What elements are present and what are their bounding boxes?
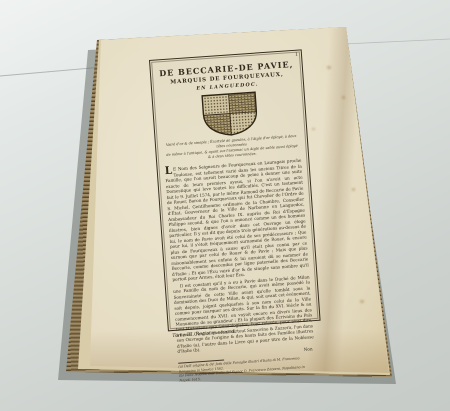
photo-background: 1 DE BECCARIE-DE PAVIE, MARQUIS DE FOURQ… — [0, 0, 450, 411]
paragraph-1: LE Nom des Seigneurs de Fourquevaux en L… — [165, 158, 310, 282]
printed-page: 1 DE BECCARIE-DE PAVIE, MARQUIS DE FOURQ… — [149, 49, 321, 339]
foxing-spot — [312, 128, 315, 130]
paragraph-2: Il est constant qu'il y a eu à Pavie dan… — [173, 274, 315, 355]
body-text: LE Nom des Seigneurs de Fourquevaux en L… — [165, 158, 315, 355]
foxing-spot — [342, 96, 345, 99]
page-number: 1 — [295, 53, 298, 58]
foxing-spot — [360, 300, 364, 303]
foxing-spot — [352, 188, 355, 191]
paragraph-1-text: E Nom des Seigneurs de Fourquevaux en La… — [165, 158, 309, 282]
coat-of-arms-icon — [160, 88, 300, 141]
page-border-frame: 1 DE BECCARIE-DE PAVIE, MARQUIS DE FOURQ… — [149, 49, 321, 331]
foxing-spot — [327, 66, 331, 69]
